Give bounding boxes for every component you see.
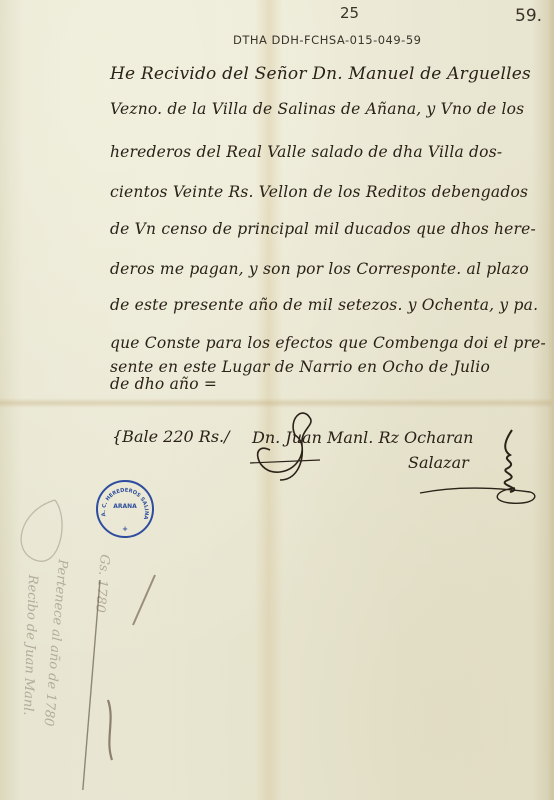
folio-mark: 25 [340, 4, 359, 22]
body-line-7: de este presente año de mil setezos. y O… [110, 296, 538, 314]
body-line-2: Vezno. de la Villa de Salinas de Añana, … [110, 100, 524, 118]
body-line-6: deros me pagan, y son por los Correspont… [110, 260, 529, 278]
archive-reference: DTHA DDH-FCHSA-015-049-59 [233, 33, 421, 47]
body-line-10: de dho año = [110, 375, 217, 393]
signature-flourish-icon [240, 400, 550, 510]
body-line-3: herederos del Real Valle salado de dha V… [110, 143, 502, 161]
body-line-5: de Vn censo de principal mil ducados que… [110, 220, 536, 238]
amount-note: {Bale 220 Rs./ [112, 427, 230, 446]
page-number: 59. [515, 6, 542, 26]
body-line-4: cientos Veinte Rs. Vellon de los Reditos… [110, 183, 528, 201]
body-line-9: sente en este Lugar de Narrio en Ocho de… [110, 358, 490, 376]
document-page: 25 59. DTHA DDH-FCHSA-015-049-59 He Reci… [0, 0, 554, 800]
bleed-through-strokes [0, 490, 170, 790]
body-line-8: que Conste para los efectos que Combenga… [110, 334, 546, 352]
body-line-1: He Recivido del Señor Dn. Manuel de Argu… [110, 64, 531, 84]
